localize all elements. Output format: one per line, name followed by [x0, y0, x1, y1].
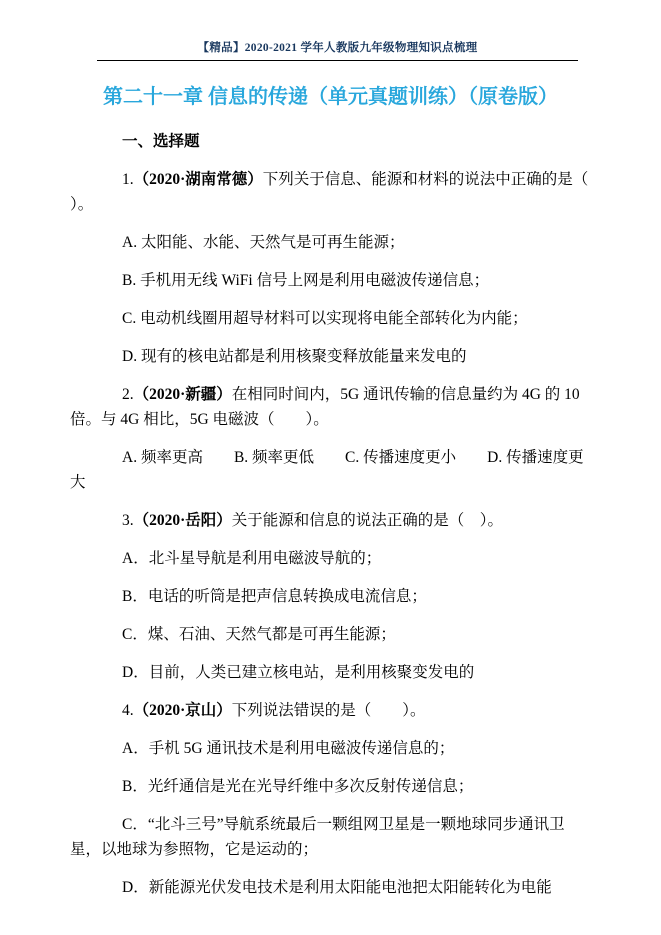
question-4-option-a: A．手机 5G 通讯技术是利用电磁波传递信息的； [70, 736, 591, 761]
question-3-stem: 3.（2020·岳阳）关于能源和信息的说法正确的是（ ）。 [70, 508, 591, 533]
question-4-option-c: C．“北斗三号”导航系统最后一颗组网卫星是一颗地球同步通讯卫星，以地球为参照物，… [70, 812, 591, 862]
section-heading: 一、选择题 [70, 129, 591, 154]
question-2-number: 2. [122, 386, 134, 403]
question-1-option-b: B. 手机用无线 WiFi 信号上网是利用电磁波传递信息； [70, 268, 591, 293]
page-title: 第二十一章 信息的传递（单元真题训练）（原卷版） [70, 82, 591, 112]
question-4-option-b: B．光纤通信是光在光导纤维中多次反射传递信息； [70, 774, 591, 799]
question-1-option-d: D. 现有的核电站都是利用核聚变释放能量来发电的 [70, 344, 591, 369]
question-2-stem: 2.（2020·新疆）在相同时间内，5G 通讯传输的信息量约为 4G 的 10 … [70, 382, 591, 432]
question-1-option-c: C. 电动机线圈用超导材料可以实现将电能全部转化为内能； [70, 306, 591, 331]
question-2-source: （2020·新疆） [134, 386, 232, 403]
question-3-source: （2020·岳阳） [134, 512, 232, 529]
question-4-text: 下列说法错误的是（ ）。 [232, 702, 426, 719]
document-body: 第二十一章 信息的传递（单元真题训练）（原卷版） 一、选择题 1.（2020·湖… [70, 82, 591, 913]
question-3-number: 3. [122, 512, 134, 529]
question-1-number: 1. [122, 171, 134, 188]
document-page: 【精品】2020-2021 学年人教版九年级物理知识点梳理 第二十一章 信息的传… [0, 0, 661, 935]
question-3-option-a: A．北斗星导航是利用电磁波导航的； [70, 546, 591, 571]
question-4-source: （2020·京山） [134, 702, 232, 719]
question-3-option-d: D．目前，人类已建立核电站，是利用核聚变发电的 [70, 660, 591, 685]
question-1-source: （2020·湖南常德） [134, 171, 263, 188]
question-1-option-a: A. 太阳能、水能、天然气是可再生能源； [70, 230, 591, 255]
question-1-stem: 1.（2020·湖南常德）下列关于信息、能源和材料的说法中正确的是（ ）。 [70, 167, 591, 217]
question-4-stem: 4.（2020·京山）下列说法错误的是（ ）。 [70, 698, 591, 723]
document-header: 【精品】2020-2021 学年人教版九年级物理知识点梳理 [97, 41, 578, 61]
question-4-number: 4. [122, 702, 134, 719]
header-watermark-text: 【精品】2020-2021 学年人教版九年级物理知识点梳理 [198, 42, 478, 54]
question-3-option-c: C．煤、石油、天然气都是可再生能源； [70, 622, 591, 647]
question-3-text: 关于能源和信息的说法正确的是（ ）。 [232, 512, 503, 529]
question-3-option-b: B．电话的听筒是把声信息转换成电流信息； [70, 584, 591, 609]
question-2-options-inline: A. 频率更高 B. 频率更低 C. 传播速度更小 D. 传播速度更大 [70, 445, 591, 495]
question-4-option-d: D．新能源光伏发电技术是利用太阳能电池把太阳能转化为电能 [70, 875, 591, 900]
